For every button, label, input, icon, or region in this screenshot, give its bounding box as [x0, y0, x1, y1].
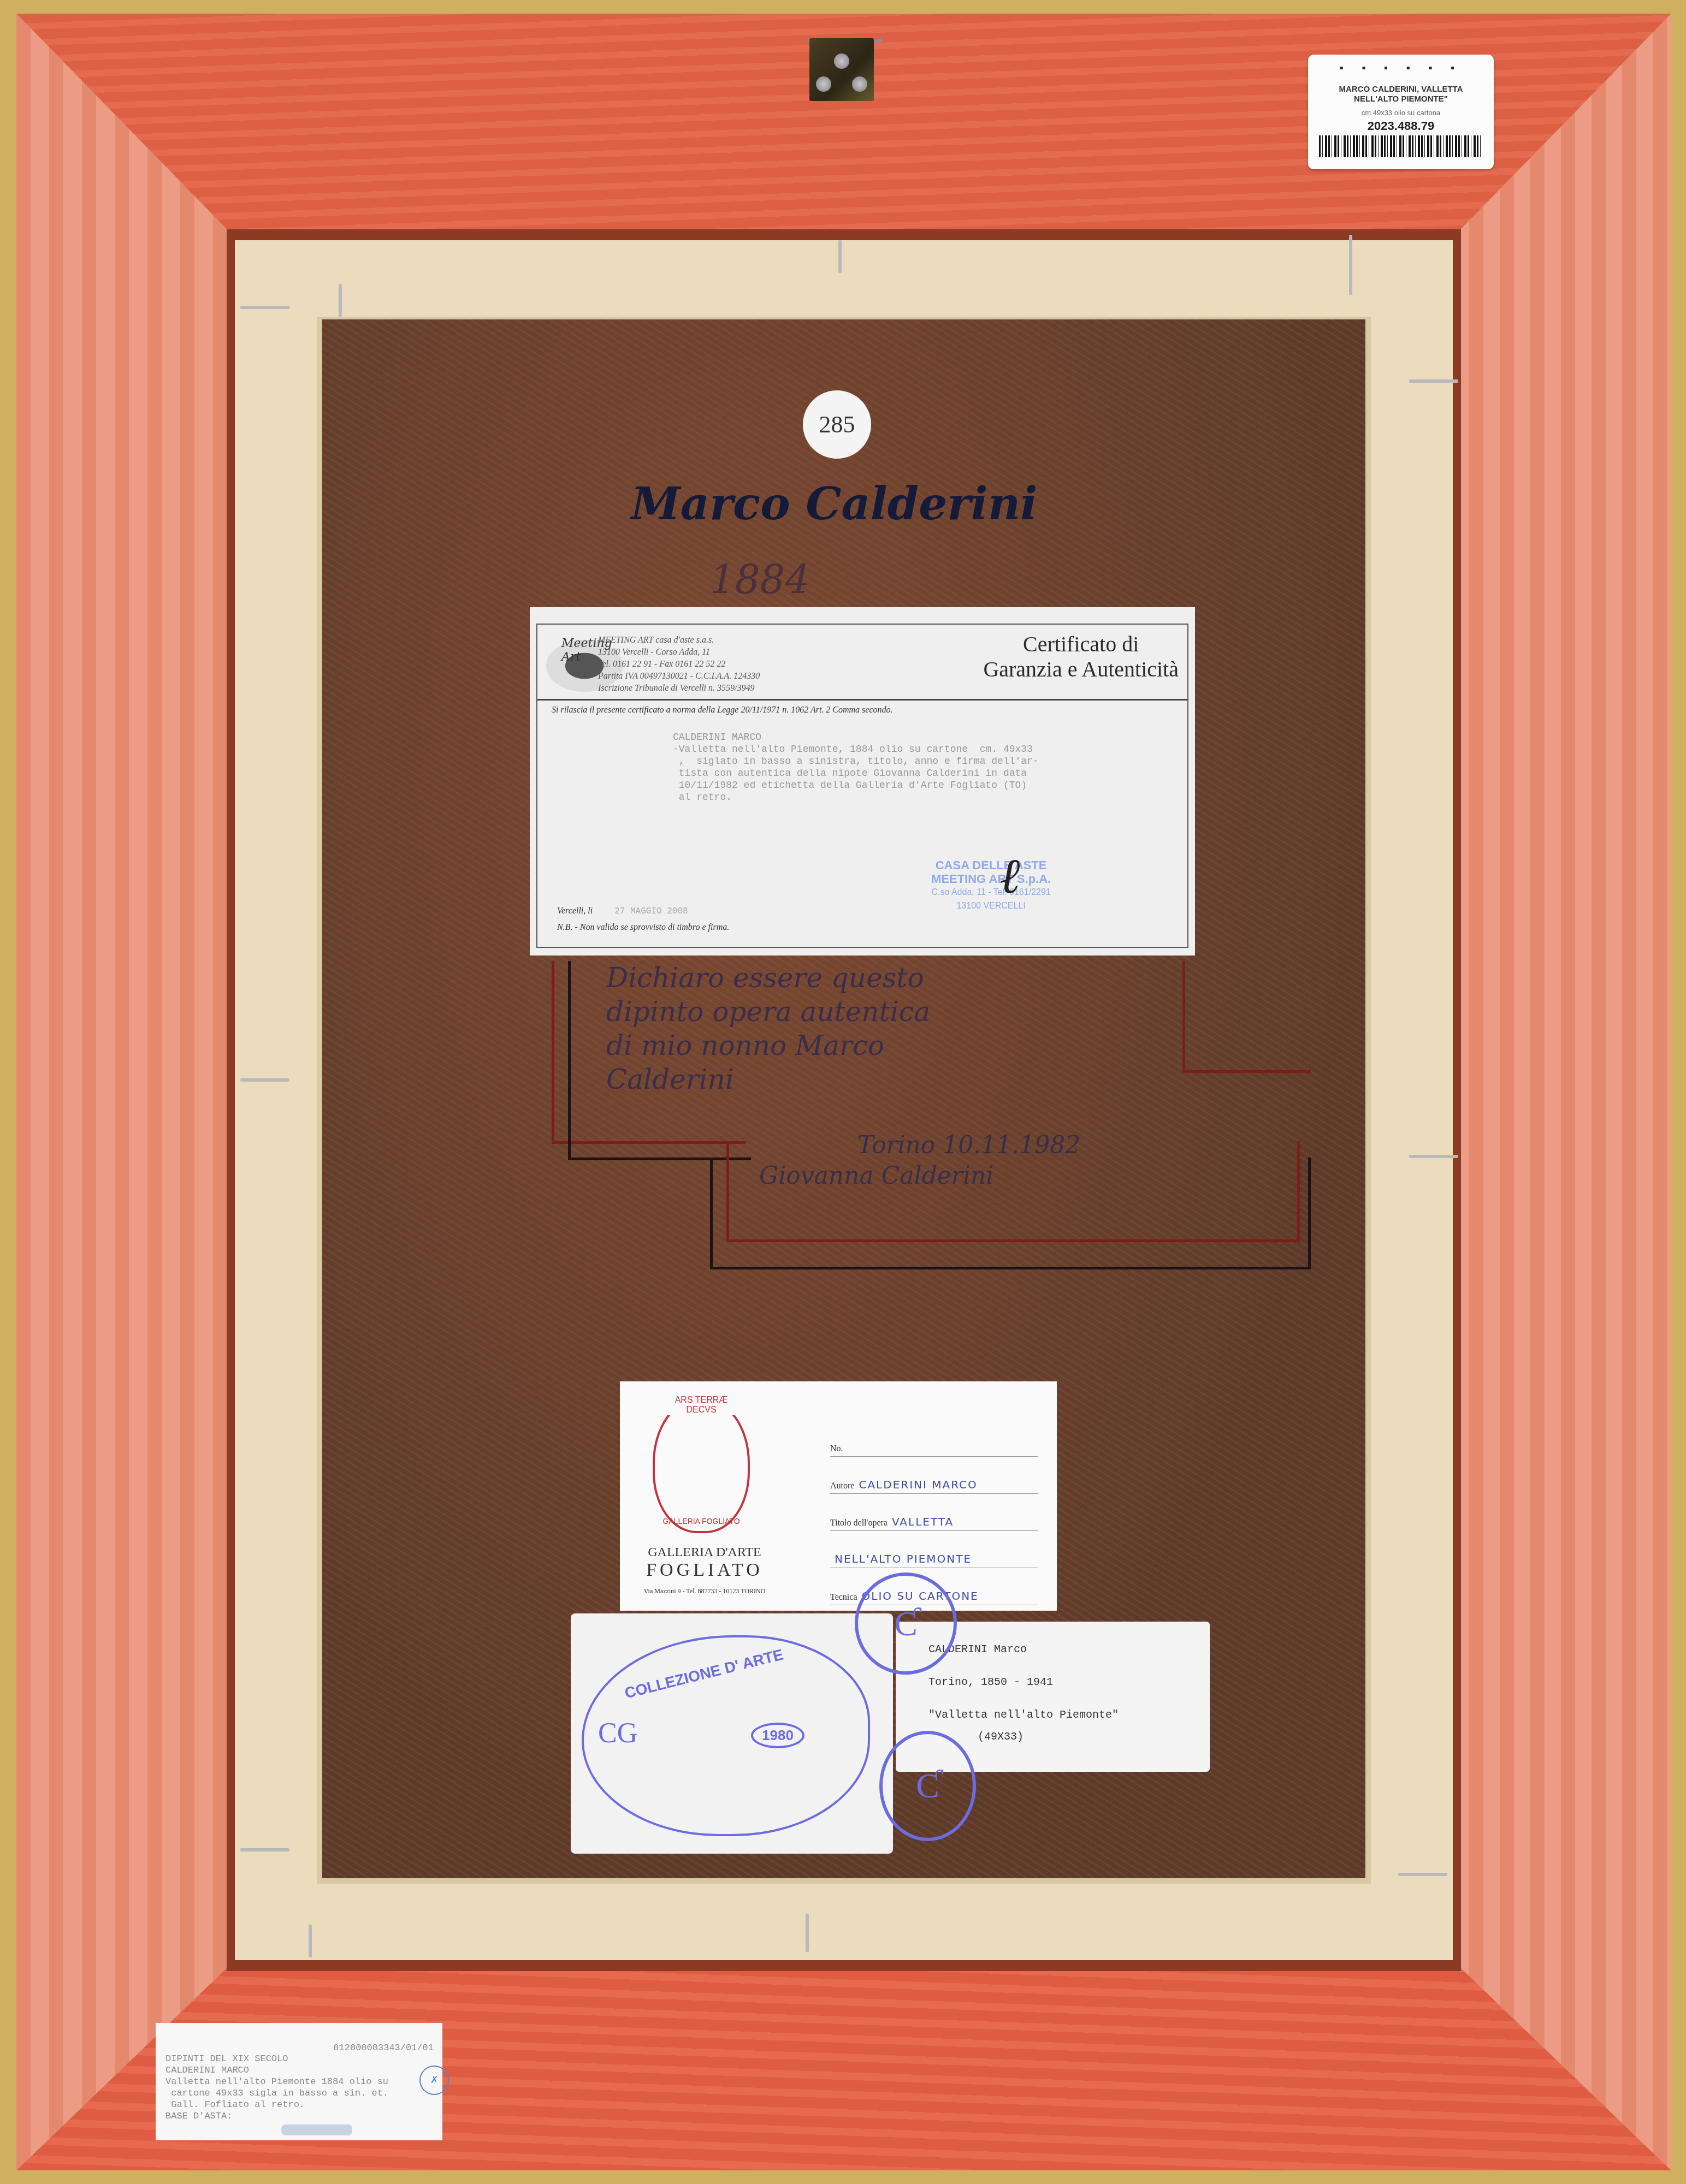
punch-holes: ▪ ▪ ▪ ▪ ▪ ▪ — [1308, 62, 1494, 75]
nail-icon — [240, 1848, 289, 1851]
nail-icon — [1409, 379, 1458, 383]
gallery-emblem-icon: ARS TERRÆ DECVS GALLERIA FOGLIATO — [653, 1398, 750, 1533]
issuer-address: MEETING ART casa d'aste s.a.s. 13100 Ver… — [598, 634, 760, 695]
certificate-description: CALDERINI MARCO-Valletta nell'alto Piemo… — [673, 732, 1039, 804]
certificate-footer-note: N.B. - Non valido se sprovvisto di timbr… — [557, 923, 729, 933]
redacted-value — [281, 2124, 352, 2135]
artist-signature: Marco Calderini — [631, 478, 1037, 530]
tag-title: MARCO CALDERINI, VALLETTA NELL'ALTO PIEM… — [1308, 85, 1494, 104]
nail-icon — [339, 284, 342, 317]
tag-details: cm 49x33 olio su cartona — [1308, 109, 1494, 117]
field-title-cont: NELL'ALTO PIEMONTE — [830, 1531, 1038, 1568]
cg-stamp-icon: Ƈ — [879, 1731, 976, 1841]
sawtooth-hanger-icon — [809, 38, 874, 101]
frame-left-rail — [16, 14, 235, 2170]
frame-right-rail — [1453, 14, 1671, 2170]
field-title: Titolo dell'operaVALLETTA — [830, 1494, 1038, 1531]
nail-icon — [806, 1914, 809, 1952]
auction-slip: 012000003343/01/01 DIPINTI DEL XIX SECOL… — [156, 2023, 442, 2140]
handwritten-authentication: Dichiaro essere questo dipinto opera aut… — [606, 961, 930, 1096]
legal-note: Si rilascia il presente certificato a no… — [552, 705, 893, 715]
auction-house-stamp: CASA DELLE ASTE MEETING ART S.p.A. C.so … — [931, 858, 1051, 913]
lot-number-sticker: 285 — [803, 390, 871, 459]
nail-icon — [240, 1078, 289, 1082]
slip-text: DIPINTI DEL XIX SECOLOCALDERINI MARCOVal… — [165, 2054, 388, 2122]
cg-stamp-icon: Ƈ — [855, 1572, 957, 1675]
field-number: No. — [830, 1420, 1038, 1457]
nail-icon — [309, 1925, 312, 1957]
collezione-label: COLLEZIONE D' ARTE CG 1980 — [571, 1613, 893, 1854]
check-mark-icon: ✗ — [419, 2066, 449, 2095]
gallery-name: GALLERIA D'ARTE FOGLIATO Via Mazzini 9 -… — [631, 1545, 778, 1595]
nail-icon — [240, 306, 289, 309]
gallery-fogliato-label: ARS TERRÆ DECVS GALLERIA FOGLIATO GALLER… — [620, 1381, 1057, 1611]
signature-scribble-icon: ℓ — [999, 847, 1020, 905]
monogram: CG — [598, 1717, 637, 1749]
nail-icon — [1398, 1873, 1447, 1876]
barcode-icon — [1319, 135, 1483, 157]
authenticity-certificate: Meeting Art MEETING ART casa d'aste s.a.… — [530, 607, 1195, 956]
declaration-signature: Torino 10.11.1982 Giovanna Calderini — [759, 1130, 1080, 1191]
inventory-tag: ▪ ▪ ▪ ▪ ▪ ▪ MARCO CALDERINI, VALLETTA NE… — [1308, 55, 1494, 169]
typed-life: Torino, 1850 - 1941 — [928, 1676, 1053, 1689]
typed-title: "Valletta nell'alto Piemonte" — [928, 1709, 1119, 1722]
typed-size: (49X33) — [978, 1731, 1024, 1743]
certificate-date: Vercelli, li27 MAGGIO 2008 — [557, 906, 688, 916]
inscribed-year: 1884 — [710, 557, 810, 603]
nail-icon — [1409, 1155, 1458, 1158]
collection-year: 1980 — [751, 1723, 804, 1748]
slip-id: 012000003343/01/01 — [333, 2043, 434, 2054]
field-author: AutoreCALDERINI MARCO — [830, 1457, 1038, 1494]
nail-icon — [838, 240, 842, 273]
certificate-title: Certificato di Garanzia e Autenticità — [983, 632, 1179, 682]
decorative-line — [1182, 961, 1311, 1073]
tag-inventory-number: 2023.488.79 — [1308, 119, 1494, 133]
nail-icon — [1349, 235, 1352, 295]
